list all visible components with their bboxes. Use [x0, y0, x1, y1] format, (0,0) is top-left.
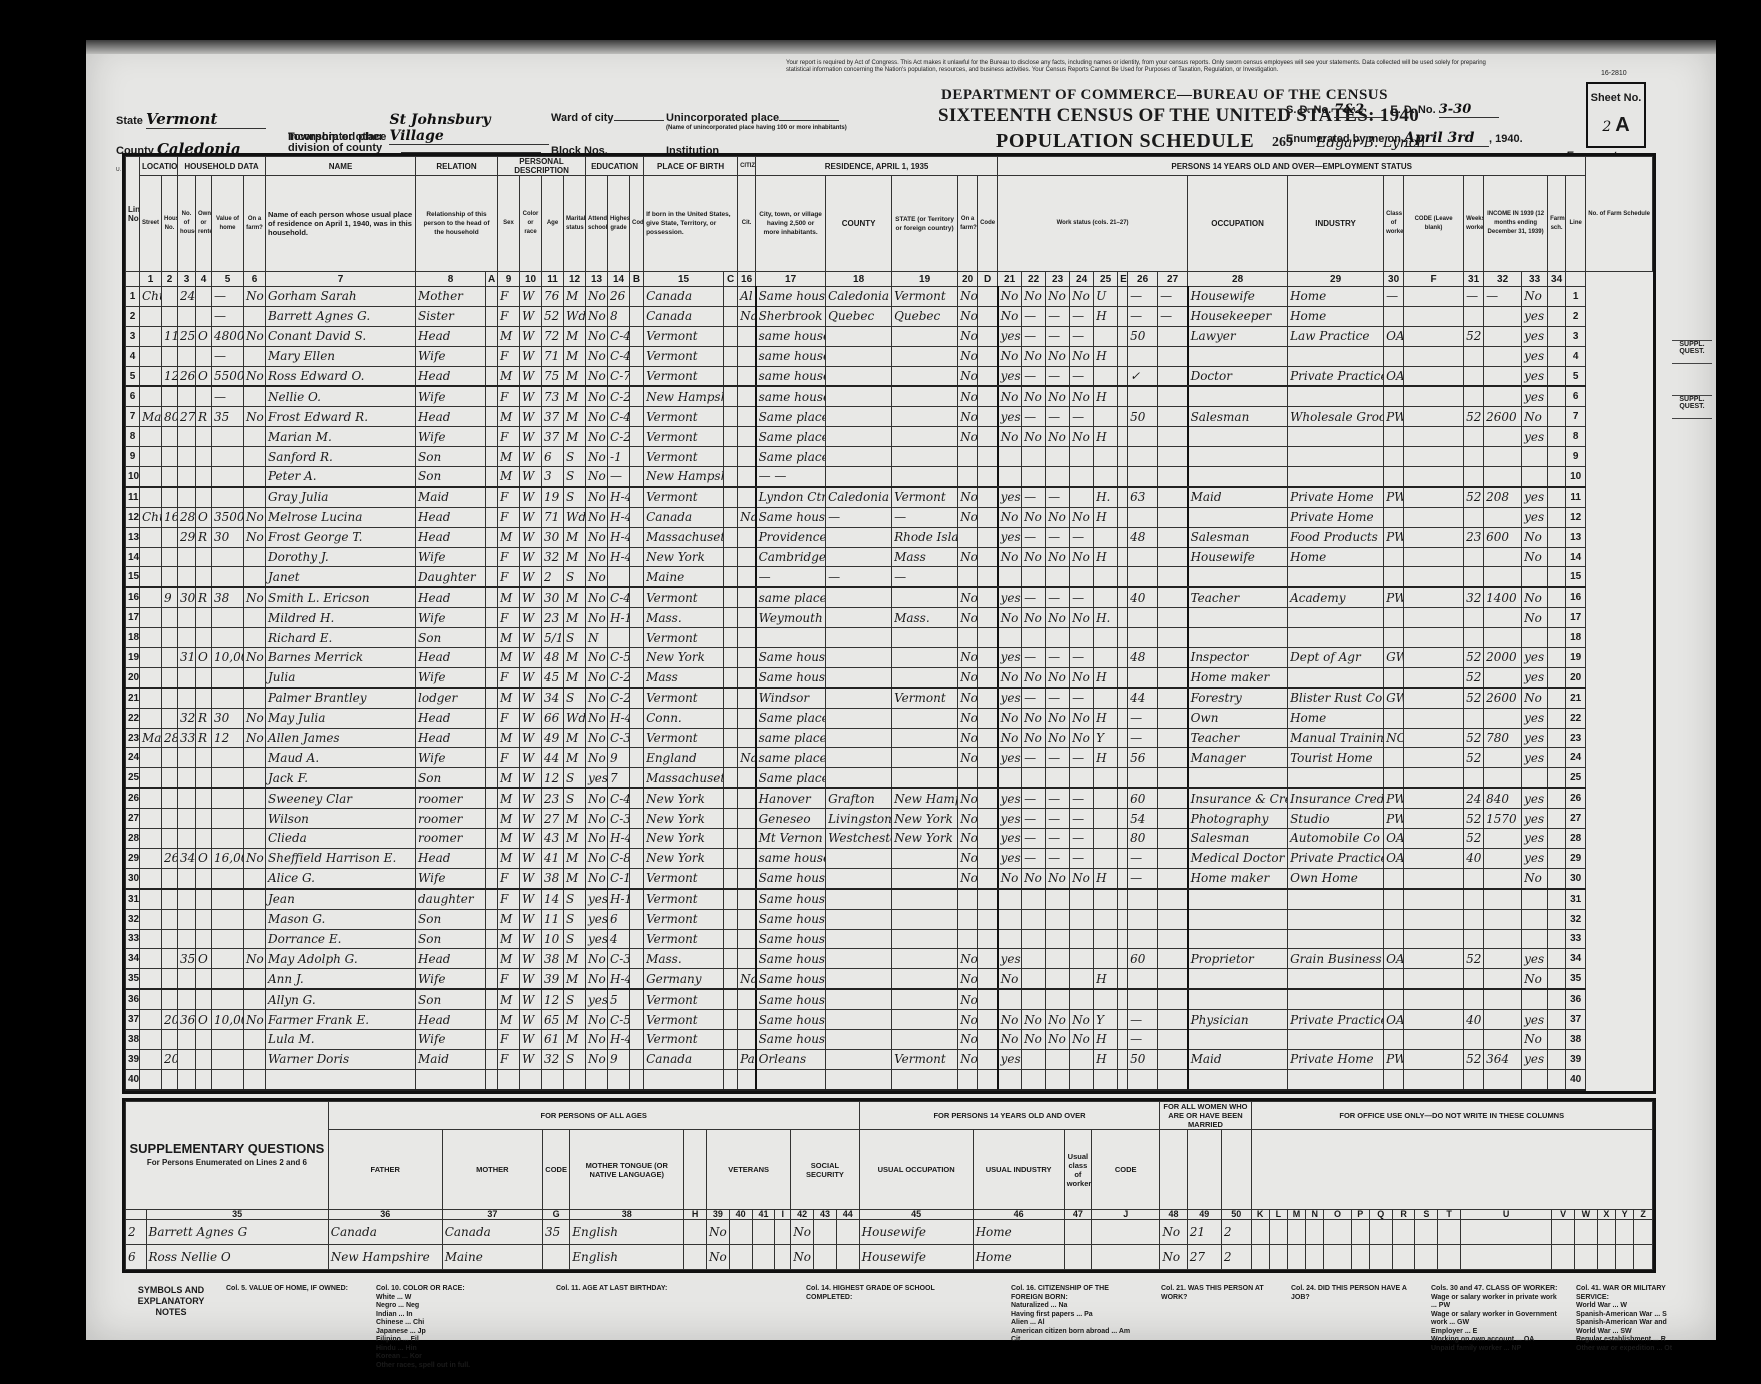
cell-fam: 26 — [178, 366, 196, 386]
cell-school: No — [586, 829, 608, 849]
cell-c24 — [1070, 989, 1094, 1009]
cell-c26: 63 — [1128, 487, 1158, 507]
cell-house — [162, 708, 178, 728]
cell-c27 — [1158, 567, 1188, 587]
cell-c34 — [1548, 889, 1566, 909]
cell-res-city: Same place — [756, 708, 826, 728]
cell-grade: C-3 — [608, 728, 630, 748]
cell-value — [212, 748, 244, 768]
cell-name: Janet — [266, 567, 416, 587]
cell-fam — [178, 768, 196, 788]
cell-c27 — [1158, 748, 1188, 768]
cell-value: 3500 — [212, 507, 244, 527]
cell-c33: yes — [1522, 326, 1548, 346]
cell-race: W — [520, 628, 542, 648]
supp-cell-c48: No — [1160, 1220, 1187, 1245]
cell-res-state — [892, 868, 958, 888]
cell-farm35 — [958, 467, 978, 487]
cell-school: No — [586, 407, 608, 427]
cell-industry: Insurance Credit — [1288, 788, 1384, 808]
cell-grade: C-1 — [608, 868, 630, 888]
cell-c23 — [1046, 1069, 1070, 1089]
cell-farm35: No — [958, 1049, 978, 1069]
cell-fam — [178, 889, 196, 909]
cell-street — [140, 989, 162, 1009]
cell-school: No — [586, 587, 608, 607]
cell-c23: — — [1046, 407, 1070, 427]
note-item: Wage or salary worker in Government work… — [1431, 1311, 1561, 1328]
cell-value — [212, 1049, 244, 1069]
cell-race: W — [520, 969, 542, 989]
cell-industry — [1288, 346, 1384, 366]
cell-marital: M — [564, 346, 586, 366]
cell-age: 71 — [542, 346, 564, 366]
cell-cit — [738, 447, 756, 467]
cell-birthplace: Canada — [644, 507, 724, 527]
cell-name: Lula M. — [266, 1029, 416, 1049]
cell-name: Alice G. — [266, 868, 416, 888]
cell-sex: F — [498, 287, 520, 307]
cell-c32 — [1484, 1029, 1522, 1049]
cell-industry — [1288, 969, 1384, 989]
cell-c33: No — [1522, 608, 1548, 628]
note-item: Working on own account ... OA — [1431, 1336, 1561, 1345]
cell-relation: Wife — [416, 608, 486, 628]
cell-farm — [244, 386, 266, 406]
cell-res-city: same house — [756, 346, 826, 366]
cell-race: W — [520, 667, 542, 687]
cell-c31: 40 — [1464, 848, 1484, 868]
cell-res-city: Same house — [756, 1029, 826, 1049]
cell-c22: — — [1022, 306, 1046, 326]
cell-c23 — [1046, 1049, 1070, 1069]
cell-res-state — [892, 728, 958, 748]
cell-res-county — [826, 708, 892, 728]
cell-house — [162, 547, 178, 567]
census-row: 21Palmer BrantleylodgerMW34SNoC-2Vermont… — [126, 688, 1653, 708]
cell-occupation: Insurance & Credit Inspection — [1188, 788, 1288, 808]
cell-c32: 600 — [1484, 527, 1522, 547]
cell-c25 — [1094, 447, 1118, 467]
cell-relation: Wife — [416, 346, 486, 366]
cell-c26: 50 — [1128, 326, 1158, 346]
suppl-quest-marker-line-6: SUPPL. QUEST. — [1672, 395, 1712, 419]
cell-birthplace: New Hampshire — [644, 467, 724, 487]
cell-res-state — [892, 748, 958, 768]
cell-cit — [738, 366, 756, 386]
cell-relation: roomer — [416, 829, 486, 849]
cell-c23: — — [1046, 648, 1070, 668]
cell-right-line: 25 — [1566, 768, 1586, 788]
cell-c27 — [1158, 366, 1188, 386]
cell-c34 — [1548, 447, 1566, 467]
cell-school: No — [586, 788, 608, 808]
cell-c22 — [1022, 768, 1046, 788]
cell-line: 22 — [126, 708, 140, 728]
cell-name: May Adolph G. — [266, 949, 416, 969]
cell-c22 — [1022, 909, 1046, 929]
cell-c26: 56 — [1128, 748, 1158, 768]
cell-race: W — [520, 567, 542, 587]
cell-c31 — [1464, 768, 1484, 788]
unincorporated-field: Unincorporated place (Name of unincorpor… — [666, 112, 847, 132]
cell-farm35: No — [958, 829, 978, 849]
cell-farm: No — [244, 1010, 266, 1030]
cell-res-city: Same house — [756, 507, 826, 527]
cell-right-line: 33 — [1566, 929, 1586, 949]
cell-name: Dorrance E. — [266, 929, 416, 949]
cell-c34 — [1548, 547, 1566, 567]
cell-age: 37 — [542, 427, 564, 447]
cell-fam: 33 — [178, 728, 196, 748]
cell-grade — [608, 1069, 630, 1089]
cell-name: Marian M. — [266, 427, 416, 447]
cell-res-county — [826, 427, 892, 447]
supp-cell-ind: Home — [973, 1220, 1064, 1245]
cell-c32 — [1484, 1069, 1522, 1089]
cell-res-county — [826, 407, 892, 427]
cell-c27 — [1158, 969, 1188, 989]
cell-age: 11 — [542, 909, 564, 929]
cell-res-city: — — [756, 567, 826, 587]
cell-age: 10 — [542, 929, 564, 949]
cell-street — [140, 949, 162, 969]
cell-res-county: Westchester — [826, 829, 892, 849]
cell-race: W — [520, 889, 542, 909]
note-item: Wage or salary worker in private work ..… — [1431, 1294, 1561, 1311]
cell-street — [140, 1029, 162, 1049]
cell-industry: Manual Training — [1288, 728, 1384, 748]
cell-race: W — [520, 487, 542, 507]
cell-age: 32 — [542, 1049, 564, 1069]
cell-class — [1384, 708, 1404, 728]
cell-sex: F — [498, 386, 520, 406]
cell-sex: M — [498, 989, 520, 1009]
cell-c31: 32 — [1464, 587, 1484, 607]
cell-age: 30 — [542, 527, 564, 547]
cell-right-line: 8 — [1566, 427, 1586, 447]
cell-c25: H — [1094, 667, 1118, 687]
cell-c24: No — [1070, 1029, 1094, 1049]
cell-birthplace: New York — [644, 648, 724, 668]
cell-grade: C-2 — [608, 427, 630, 447]
cell-owned — [196, 567, 212, 587]
cell-birthplace: Vermont — [644, 868, 724, 888]
census-row: 31JeandaughterFW14SyesH-1VermontSame hou… — [126, 889, 1653, 909]
cell-c26: 40 — [1128, 587, 1158, 607]
cell-farm35: No — [958, 809, 978, 829]
cell-c33 — [1522, 567, 1548, 587]
census-rows: 1Church24—NoGorham SarahMotherFW76MNo26C… — [126, 287, 1653, 1090]
cell-race: W — [520, 989, 542, 1009]
cell-c25: H — [1094, 507, 1118, 527]
cell-right-line: 37 — [1566, 1010, 1586, 1030]
cell-marital: M — [564, 809, 586, 829]
cell-grade: C-3 — [608, 949, 630, 969]
cell-res-state — [892, 1029, 958, 1049]
cell-fam — [178, 688, 196, 708]
cell-occupation — [1188, 768, 1288, 788]
cell-farm35: No — [958, 848, 978, 868]
cell-street — [140, 648, 162, 668]
cell-c33: yes — [1522, 708, 1548, 728]
cell-cit — [738, 608, 756, 628]
cell-marital: M — [564, 427, 586, 447]
cell-occupation: Own — [1188, 708, 1288, 728]
cell-line: 2 — [126, 306, 140, 326]
cell-sex: F — [498, 507, 520, 527]
census-row: 1Church24—NoGorham SarahMotherFW76MNo26C… — [126, 287, 1653, 307]
cell-line: 29 — [126, 848, 140, 868]
cell-occupation — [1188, 1029, 1288, 1049]
cell-sex: F — [498, 306, 520, 326]
cell-right-line: 35 — [1566, 969, 1586, 989]
cell-cit — [738, 587, 756, 607]
cell-name: Warner Doris — [266, 1049, 416, 1069]
cell-c26 — [1128, 507, 1158, 527]
cell-house — [162, 809, 178, 829]
cell-c32 — [1484, 848, 1522, 868]
cell-c34 — [1548, 527, 1566, 547]
form-number: 16-2810 — [1601, 70, 1627, 78]
cell-line: 4 — [126, 346, 140, 366]
cell-c34 — [1548, 587, 1566, 607]
cell-farm — [244, 868, 266, 888]
cell-value: 4800 — [212, 326, 244, 346]
cell-farm35: No — [958, 667, 978, 687]
cell-res-county: Grafton — [826, 788, 892, 808]
cell-class: NO — [1384, 728, 1404, 748]
cell-fam: 28 — [178, 507, 196, 527]
cell-res-county: Caledonia — [826, 487, 892, 507]
cell-value: 30 — [212, 527, 244, 547]
cell-c23 — [1046, 567, 1070, 587]
cell-race: W — [520, 326, 542, 346]
cell-c32 — [1484, 909, 1522, 929]
cell-age: 71 — [542, 507, 564, 527]
cell-sex — [498, 1069, 520, 1089]
cell-c25: Y — [1094, 728, 1118, 748]
cell-street — [140, 969, 162, 989]
cell-house — [162, 527, 178, 547]
cell-res-county — [826, 547, 892, 567]
cell-c26: 50 — [1128, 407, 1158, 427]
note-item: Chinese ... Chi — [376, 1319, 526, 1328]
cell-farm35: No — [958, 648, 978, 668]
cell-occupation: Salesman — [1188, 407, 1288, 427]
cell-occupation: Housewife — [1188, 547, 1288, 567]
cell-c32 — [1484, 1010, 1522, 1030]
cell-relation: Son — [416, 929, 486, 949]
cell-c24: — — [1070, 809, 1094, 829]
cell-farm: No — [244, 527, 266, 547]
cell-c33: yes — [1522, 1010, 1548, 1030]
cell-res-county — [826, 346, 892, 366]
cell-marital: M — [564, 728, 586, 748]
cell-c26: — — [1128, 1029, 1158, 1049]
cell-right-line: 1 — [1566, 287, 1586, 307]
cell-c23: — — [1046, 587, 1070, 607]
cell-industry: Dept of Agr — [1288, 648, 1384, 668]
cell-res-state — [892, 386, 958, 406]
cell-street — [140, 1069, 162, 1089]
cell-value — [212, 1029, 244, 1049]
cell-right-line: 4 — [1566, 346, 1586, 366]
cell-c25: H — [1094, 1029, 1118, 1049]
cell-name: Mason G. — [266, 909, 416, 929]
cell-school: No — [586, 809, 608, 829]
cell-c27 — [1158, 467, 1188, 487]
cell-right-line: 31 — [1566, 889, 1586, 909]
cell-relation: Maid — [416, 487, 486, 507]
cell-school: N — [586, 628, 608, 648]
cell-birthplace: Vermont — [644, 989, 724, 1009]
supp-cell-c49: 21 — [1187, 1220, 1221, 1245]
cell-farm — [244, 829, 266, 849]
cell-c25 — [1094, 527, 1118, 547]
cell-res-state: New York — [892, 829, 958, 849]
cell-name: Sweeney Clar — [266, 788, 416, 808]
cell-c22: No — [1022, 1010, 1046, 1030]
cell-c21 — [998, 628, 1022, 648]
cell-owned — [196, 969, 212, 989]
cell-c32 — [1484, 608, 1522, 628]
cell-c21: yes — [998, 1049, 1022, 1069]
cell-c32 — [1484, 949, 1522, 969]
cell-race: W — [520, 909, 542, 929]
suppl-quest-marker-line-2: SUPPL. QUEST. — [1672, 340, 1712, 364]
cell-sex: M — [498, 407, 520, 427]
cell-c31 — [1464, 889, 1484, 909]
cell-c32 — [1484, 868, 1522, 888]
cell-relation: daughter — [416, 889, 486, 909]
cell-c31 — [1464, 708, 1484, 728]
cell-res-state — [892, 407, 958, 427]
cell-cit — [738, 889, 756, 909]
cell-line: 10 — [126, 467, 140, 487]
cell-right-line: 9 — [1566, 447, 1586, 467]
cell-farm35 — [958, 1069, 978, 1089]
cell-industry — [1288, 386, 1384, 406]
cell-res-city: same place — [756, 728, 826, 748]
cell-birthplace: Vermont — [644, 728, 724, 748]
cell-marital: Wd — [564, 708, 586, 728]
cell-house — [162, 628, 178, 648]
cell-res-city: Same house — [756, 989, 826, 1009]
cell-value — [212, 989, 244, 1009]
cell-c26: 80 — [1128, 829, 1158, 849]
cell-farm — [244, 748, 266, 768]
cell-owned: O — [196, 326, 212, 346]
cell-res-state — [892, 667, 958, 687]
cell-fam: 27 — [178, 407, 196, 427]
cell-c26 — [1128, 889, 1158, 909]
cell-c21: No — [998, 1010, 1022, 1030]
cell-age: 30 — [542, 587, 564, 607]
cell-res-city: Same place — [756, 447, 826, 467]
cell-school: No — [586, 467, 608, 487]
cell-class: PW — [1384, 487, 1404, 507]
cell-owned — [196, 447, 212, 467]
cell-class: GW — [1384, 648, 1404, 668]
cell-c33: yes — [1522, 748, 1548, 768]
cell-line: 20 — [126, 667, 140, 687]
cell-house — [162, 989, 178, 1009]
cell-owned — [196, 829, 212, 849]
cell-grade: C-7 — [608, 366, 630, 386]
cell-age: 34 — [542, 688, 564, 708]
census-row: 4—Mary EllenWifeFW71MNoC-4Vermontsame ho… — [126, 346, 1653, 366]
cell-c26 — [1128, 768, 1158, 788]
cell-relation: Mother — [416, 287, 486, 307]
cell-name: Smith L. Ericson — [266, 587, 416, 607]
cell-house — [162, 306, 178, 326]
cell-c34 — [1548, 848, 1566, 868]
cell-right-line: 7 — [1566, 407, 1586, 427]
cell-c23: — — [1046, 306, 1070, 326]
cell-res-city: Same house — [756, 648, 826, 668]
cell-marital: M — [564, 587, 586, 607]
cell-c22: No — [1022, 667, 1046, 687]
cell-res-city: Geneseo — [756, 809, 826, 829]
cell-grade: H-4 — [608, 969, 630, 989]
cell-c31 — [1464, 969, 1484, 989]
cell-c21 — [998, 567, 1022, 587]
cell-name — [266, 1069, 416, 1089]
cell-house: 11 — [162, 326, 178, 346]
cell-res-county: Quebec — [826, 306, 892, 326]
cell-house — [162, 829, 178, 849]
cell-cit — [738, 768, 756, 788]
cell-c31: 52 — [1464, 728, 1484, 748]
note-item: World War ... W — [1576, 1302, 1686, 1311]
cell-marital: M — [564, 1010, 586, 1030]
cell-farm35 — [958, 628, 978, 648]
cell-name: Mary Ellen — [266, 346, 416, 366]
cell-res-state: — — [892, 507, 958, 527]
cell-c26 — [1128, 567, 1158, 587]
cell-occupation: Teacher — [1188, 587, 1288, 607]
cell-cit: Al — [738, 287, 756, 307]
cell-res-county — [826, 1069, 892, 1089]
cell-farm: No — [244, 587, 266, 607]
cell-res-state: — — [892, 567, 958, 587]
cell-street — [140, 788, 162, 808]
cell-c22: No — [1022, 427, 1046, 447]
cell-owned: O — [196, 366, 212, 386]
cell-c32: 364 — [1484, 1049, 1522, 1069]
cell-c27 — [1158, 1029, 1188, 1049]
cell-class — [1384, 507, 1404, 527]
cell-school: No — [586, 708, 608, 728]
cell-farm35 — [958, 527, 978, 547]
cell-c23: — — [1046, 527, 1070, 547]
cell-sex: F — [498, 567, 520, 587]
cell-c26 — [1128, 989, 1158, 1009]
cell-relation: Head — [416, 507, 486, 527]
cell-occupation: Proprietor — [1188, 949, 1288, 969]
cell-farm35: No — [958, 346, 978, 366]
cell-c25 — [1094, 848, 1118, 868]
cell-race: W — [520, 768, 542, 788]
cell-class — [1384, 868, 1404, 888]
cell-cit — [738, 728, 756, 748]
schedule-title: POPULATION SCHEDULE — [996, 130, 1254, 153]
cell-sex: F — [498, 708, 520, 728]
cell-marital: M — [564, 949, 586, 969]
cell-marital: M — [564, 366, 586, 386]
cell-res-state — [892, 447, 958, 467]
